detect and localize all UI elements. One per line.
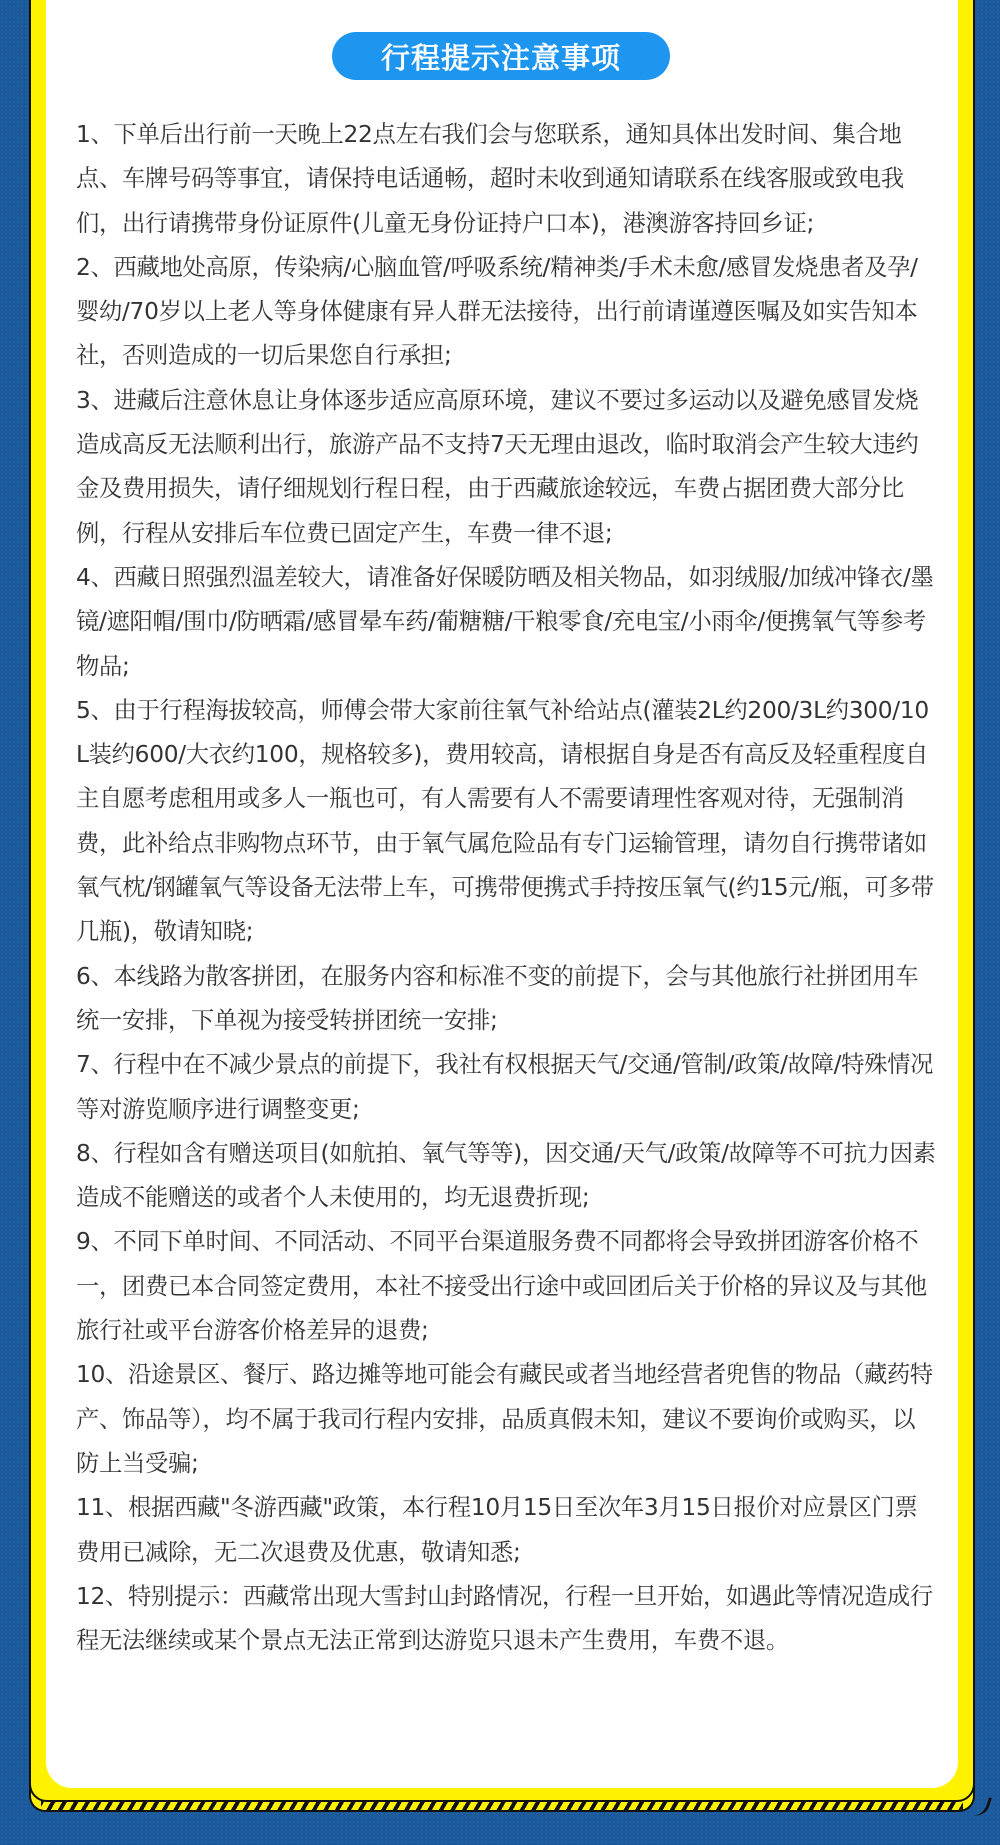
- notice-item-12: 12、特别提示：西藏常出现大雪封山封路情况，行程一旦开始，如遇此等情况造成行程无…: [76, 1575, 936, 1664]
- section-title-badge: 行程提示注意事项: [332, 32, 670, 80]
- notice-item-6: 6、本线路为散客拼团，在服务内容和标准不变的前提下，会与其他旅行社拼团用车统一安…: [76, 955, 936, 1044]
- notice-item-5: 5、由于行程海拔较高，师傅会带大家前往氧气补给站点(灌装2L约200/3L约30…: [76, 689, 936, 955]
- notice-item-11: 11、根据西藏"冬游西藏"政策，本行程10月15日至次年3月15日报价对应景区门…: [76, 1486, 936, 1575]
- notice-item-3: 3、进藏后注意休息让身体逐步适应高原环境，建议不要过多运动以及避免感冒发烧造成高…: [76, 379, 936, 556]
- notice-item-10: 10、沿途景区、餐厅、路边摊等地可能会有藏民或者当地经营者兜售的物品（藏药特产、…: [76, 1353, 936, 1486]
- notice-item-1: 1、下单后出行前一天晚上22点左右我们会与您联系，通知具体出发时间、集合地点、车…: [76, 113, 936, 246]
- notice-item-7: 7、行程中在不减少景点的前提下，我社有权根据天气/交通/管制/政策/故障/特殊情…: [76, 1043, 936, 1132]
- notice-list: 1、下单后出行前一天晚上22点左右我们会与您联系，通知具体出发时间、集合地点、车…: [76, 113, 936, 1663]
- notice-item-8: 8、行程如含有赠送项目(如航拍、氧气等等)，因交通/天气/政策/故障等不可抗力因…: [76, 1132, 936, 1221]
- notice-item-9: 9、不同下单时间、不同活动、不同平台渠道服务费不同都将会导致拼团游客价格不一，团…: [76, 1220, 936, 1353]
- section-title: 行程提示注意事项: [381, 36, 621, 77]
- notice-item-4: 4、西藏日照强烈温差较大，请准备好保暖防晒及相关物品，如羽绒服/加绒冲锋衣/墨镜…: [76, 556, 936, 689]
- notice-item-2: 2、西藏地处高原，传染病/心脑血管/呼吸系统/精神类/手术未愈/感冒发烧患者及孕…: [76, 246, 936, 379]
